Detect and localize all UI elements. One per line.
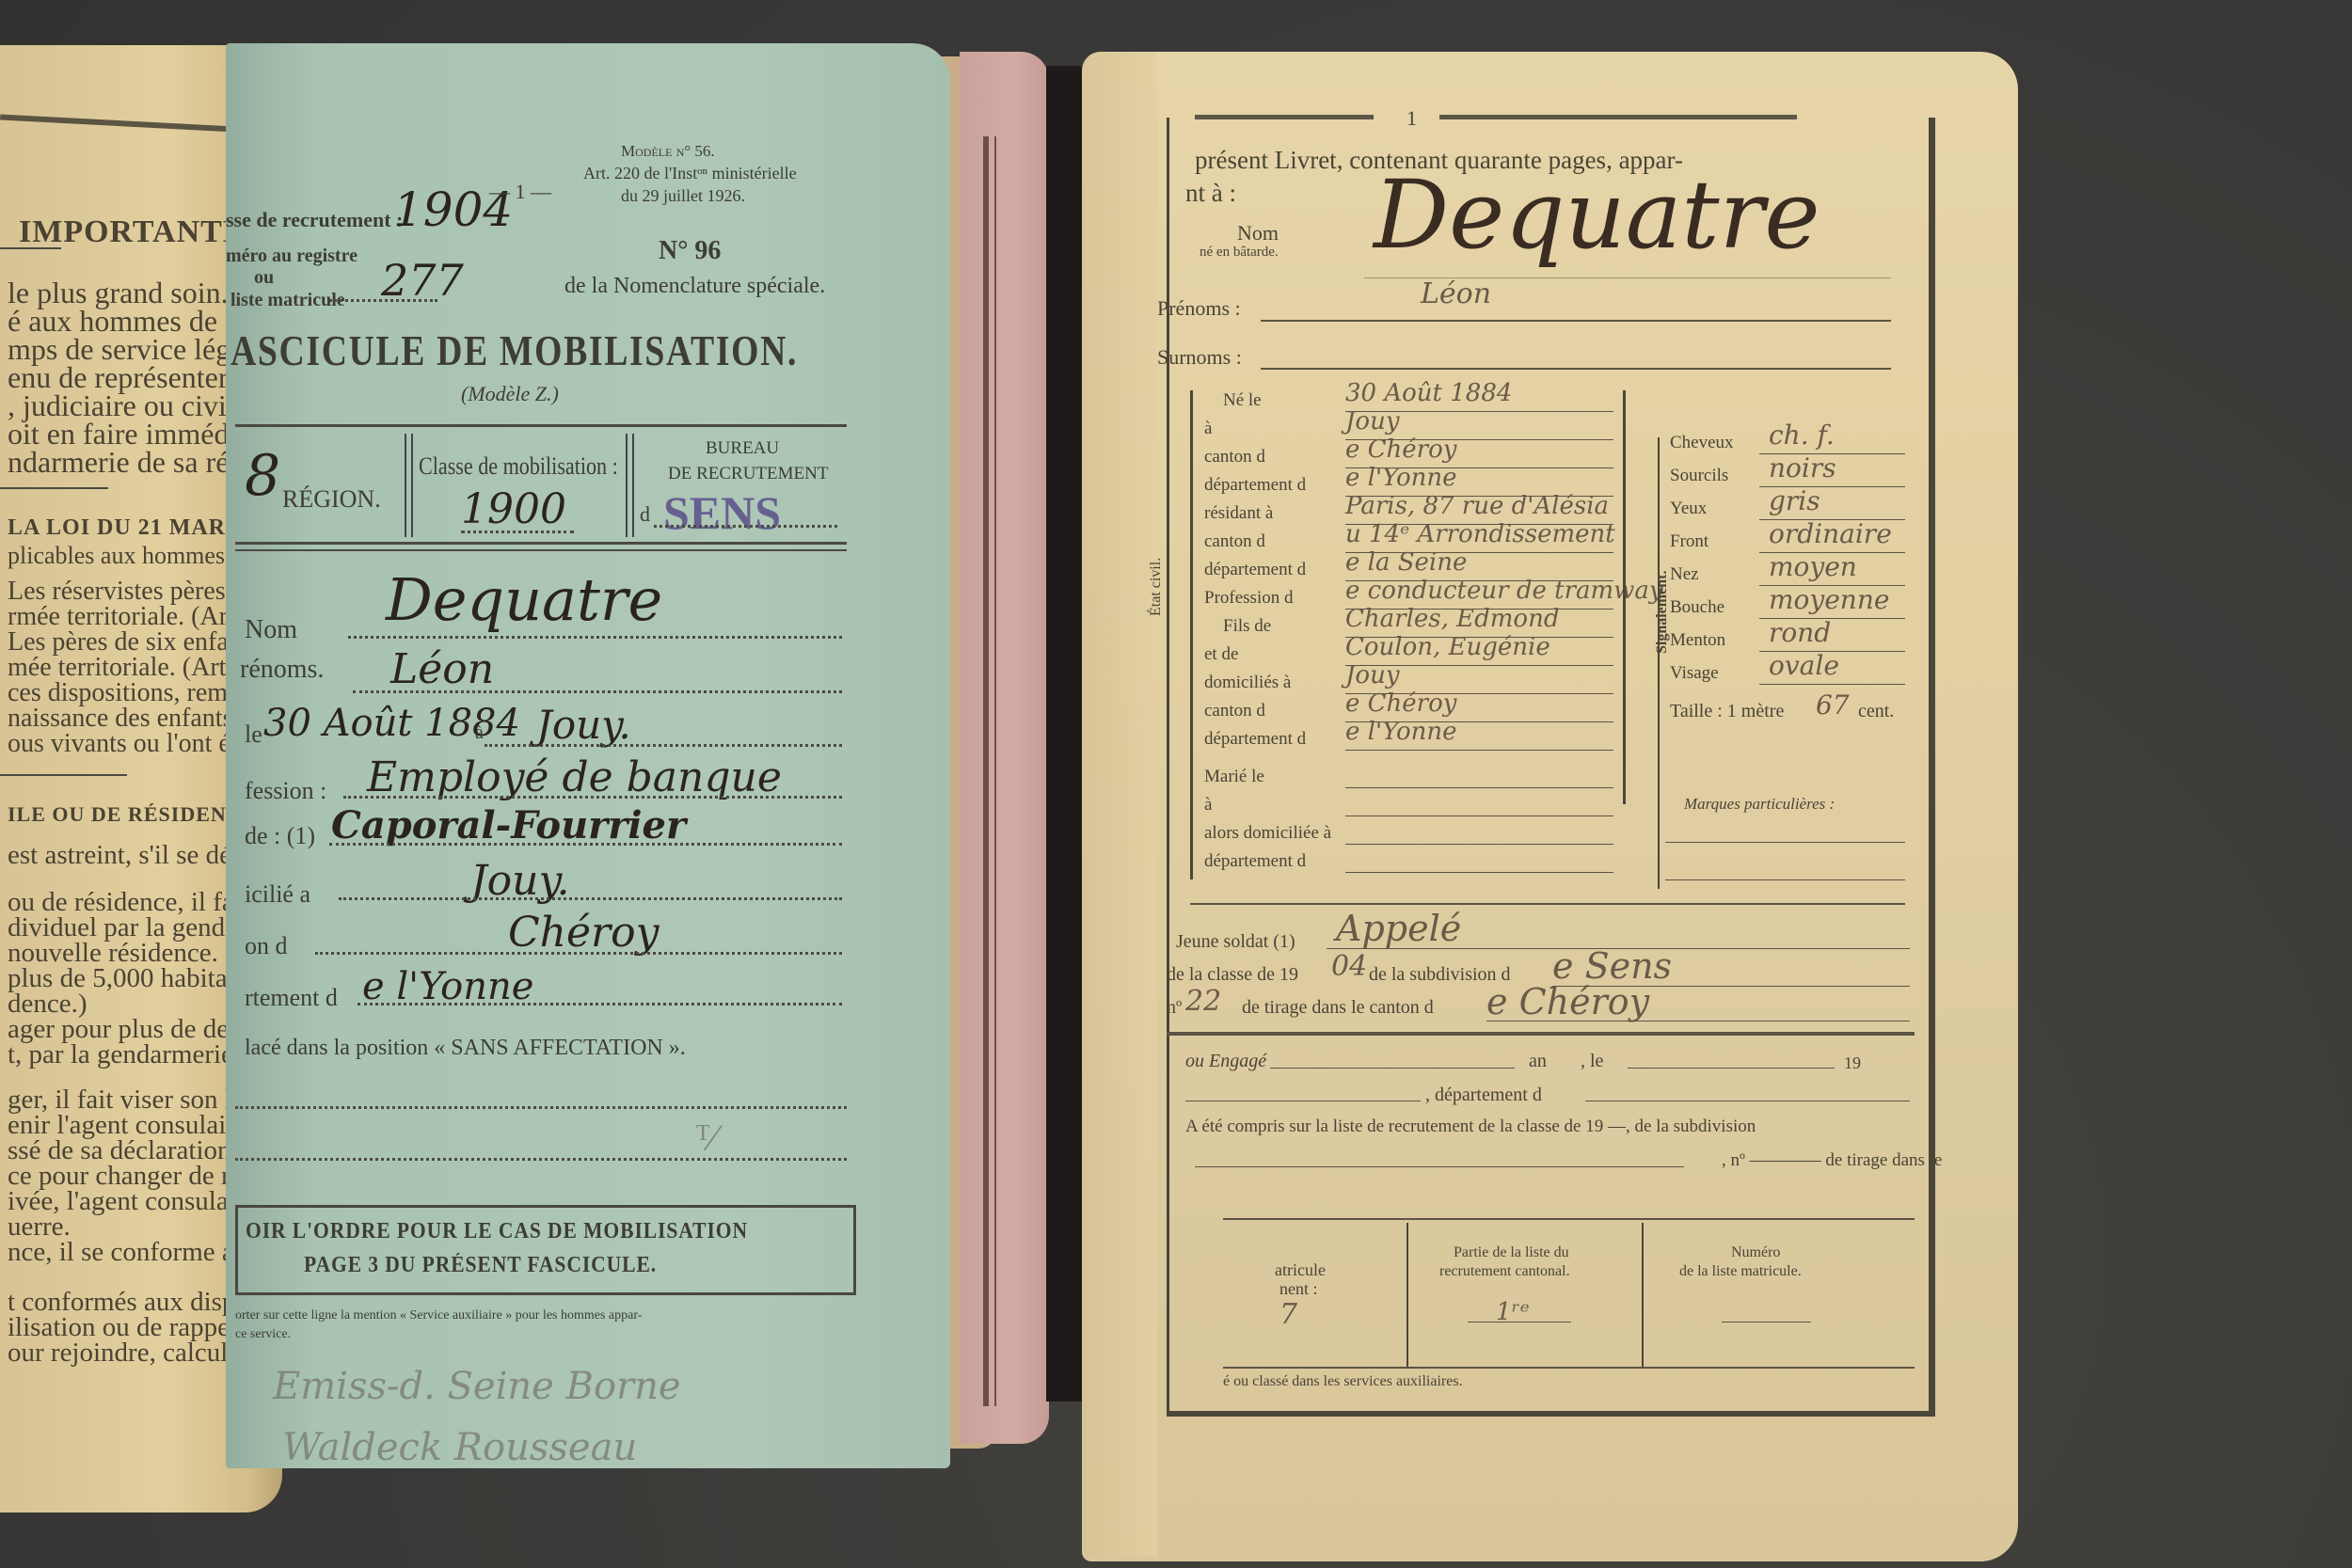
divider (0, 774, 127, 776)
tirage-label: nº (1167, 997, 1182, 1019)
blank-dotted-line (235, 1106, 847, 1109)
prenoms-dotted-line (353, 690, 842, 693)
marques-label: Marques particulières : (1684, 795, 1835, 814)
etat-civil-value: e l'Yonne (1345, 718, 1457, 746)
table-col-divider (1406, 1223, 1408, 1369)
engage-le-label: , le (1581, 1051, 1603, 1072)
signalement-value: ovale (1769, 650, 1839, 681)
blank-dotted-line (235, 1158, 847, 1161)
table-bottom-rule (1223, 1367, 1915, 1369)
etat-civil-label: à (1204, 795, 1212, 816)
signalement-value: ordinaire (1769, 518, 1892, 549)
canton-value: Chéroy (508, 909, 659, 957)
outer-border-right (1929, 118, 1935, 1416)
prenoms-value: Léon (1421, 277, 1491, 310)
etat-civil-label: département d (1204, 475, 1306, 496)
canton-label: on d (245, 932, 288, 960)
classe-value: 04 (1331, 950, 1367, 983)
divider (0, 247, 61, 249)
profession-label: fession : (245, 777, 326, 805)
compris-statement: A été compris sur la liste de recrutemen… (1185, 1117, 1756, 1137)
classe-mobilisation-label: Classe de mobilisation : (419, 452, 618, 481)
departement-dotted-line (358, 1003, 842, 1006)
footnote-line-1: orter sur cette ligne la mention « Servi… (235, 1308, 642, 1323)
ordre-box-line-2: PAGE 3 DU PRÉSENT FASCICULE. (304, 1253, 657, 1278)
naissance-dotted-line (485, 744, 842, 747)
signalement-value: noirs (1769, 452, 1836, 483)
ordre-box-line-1: OIR L'ORDRE POUR LE CAS DE MOBILISATION (246, 1219, 748, 1244)
etat-civil-value: e la Seine (1345, 548, 1467, 577)
table-col2-header: Partie de la liste du (1454, 1244, 1569, 1261)
registre-value: 277 (381, 255, 464, 306)
section-rule (1167, 1032, 1915, 1036)
signalement-label-item: Visage (1670, 663, 1719, 684)
etat-civil-value: Jouy (1345, 407, 1400, 436)
etat-civil-value: e l'Yonne (1345, 464, 1457, 492)
profession-dotted-line (343, 796, 842, 799)
auxiliaires-note: é ou classé dans les services auxiliaire… (1223, 1373, 1463, 1390)
signalement-label-item: Front (1670, 531, 1708, 552)
livret-intro-2: nt à : (1185, 179, 1236, 208)
tirage-canton-line (1486, 1021, 1910, 1022)
etat-civil-label: canton d (1204, 701, 1265, 721)
section-rule (1190, 903, 1905, 905)
etat-civil-value: e Chéroy (1345, 689, 1456, 718)
etat-civil-label: et de (1204, 644, 1238, 665)
law-line: ous vivants ou l'ont été (8, 729, 249, 759)
signalement-value: ch. f. (1769, 420, 1835, 451)
tirage-canton-value: e Chéroy (1486, 981, 1649, 1022)
classe-dotted-line (461, 531, 574, 533)
compris-statement-2: , nº ———— de tirage dans le (1722, 1150, 1942, 1171)
etat-civil-value: u 14ᵉ Arrondissement (1345, 520, 1615, 548)
tirage-canton-label: de tirage dans le canton d (1242, 997, 1434, 1019)
etat-civil-label: État civil. (1148, 558, 1165, 616)
naissance-a-label: à (475, 722, 484, 744)
departement-label: rtement d (245, 984, 338, 1012)
divider (0, 114, 235, 132)
pencil-mark: ᵀ⁄ (696, 1116, 716, 1160)
domicile-label: icilié a (245, 880, 310, 909)
signalement-value: gris (1769, 485, 1820, 516)
page-number: — 1 — (489, 180, 551, 204)
instruction-date: du 29 juillet 1926. (621, 186, 745, 206)
etat-civil-value: Charles, Edmond (1345, 605, 1559, 633)
etat-civil-value: e conducteur de tramway (1345, 577, 1663, 605)
signalement-label-item: Cheveux (1670, 433, 1734, 453)
compris-line (1195, 1166, 1684, 1167)
grade-label: de : (1) (245, 822, 315, 850)
table-col1-header: atricule (1275, 1260, 1326, 1280)
signalement-label-item: Menton (1670, 630, 1725, 651)
residence-line: nce, il se conforme aux (8, 1237, 262, 1268)
table-col1-value: 7 (1279, 1298, 1297, 1331)
prenoms-value: Léon (390, 645, 494, 693)
table-col3-header-2: de la liste matricule. (1679, 1263, 1802, 1280)
prenoms-line (1261, 320, 1891, 322)
canton-dotted-line (315, 952, 842, 955)
etat-civil-label: Fils de (1223, 616, 1271, 637)
signalement-label-item: Yeux (1670, 499, 1707, 519)
etat-civil-label: à (1204, 419, 1212, 439)
jeune-soldat-label: Jeune soldat (1) (1176, 931, 1295, 953)
etat-civil-line (1345, 872, 1613, 873)
signalement-bracket (1658, 437, 1660, 889)
taille-unit: cent. (1858, 701, 1894, 722)
engage-departement-label: , département d (1425, 1085, 1542, 1106)
etat-civil-line (1345, 816, 1613, 816)
fascicule-de-mobilisation-page: sse de recrutement : 1904 — 1 — Modèle n… (226, 43, 950, 1468)
row-rule (235, 549, 847, 551)
column-divider (626, 434, 634, 537)
naissance-lieu: Jouy. (536, 702, 631, 748)
etat-civil-value: Paris, 87 rue d'Alésia (1345, 492, 1609, 520)
grade-dotted-line (329, 843, 842, 846)
nom-label: Nom (245, 615, 297, 645)
prenoms-label: rénoms. (240, 655, 324, 685)
bureau-label: BUREAU (706, 438, 779, 459)
etat-civil-line (1345, 844, 1613, 845)
bureau-recrutement-label: DE RECRUTEMENT (668, 464, 828, 484)
engage-an-label: an (1529, 1051, 1547, 1072)
registre-label: méro au registre (226, 245, 358, 267)
etat-civil-label: domiciliés à (1204, 673, 1291, 693)
etat-civil-value: Jouy (1345, 661, 1400, 689)
tirage-value: 22 (1185, 985, 1221, 1018)
etat-civil-label: Profession d (1204, 588, 1293, 609)
page-number: 1 (1406, 106, 1417, 131)
engage-departement-line (1585, 1101, 1910, 1101)
marques-line (1665, 842, 1905, 843)
outer-border-bottom (1167, 1411, 1935, 1417)
signalement-value: moyenne (1769, 584, 1889, 615)
divider (0, 487, 108, 489)
pink-border-line (983, 136, 989, 1406)
classe-label: de la classe de 19 (1167, 964, 1298, 986)
etat-civil-value: 30 Août 1884 (1345, 379, 1512, 407)
nom-sublabel: né en bâtarde. (1200, 245, 1279, 261)
header-rule (235, 424, 847, 427)
modele-reference: Modèle n° 56. (621, 142, 715, 161)
engage-date-line (1628, 1068, 1835, 1069)
etat-civil-label: résidant à (1204, 503, 1273, 524)
nom-dotted-line (348, 636, 842, 639)
signalement-divider (1623, 390, 1626, 804)
top-rule-left (1195, 115, 1374, 119)
pink-border-line (994, 136, 996, 1406)
taille-value: 67 (1816, 689, 1850, 721)
table-top-rule (1223, 1218, 1915, 1220)
grade-value: Caporal-Fourrier (331, 803, 686, 847)
engage-label: ou Engagé (1185, 1051, 1266, 1072)
region-number: 8 (245, 443, 280, 509)
engage-line (1270, 1068, 1515, 1069)
signalement-label-item: Sourcils (1670, 466, 1728, 486)
position-statement: lacé dans la position « SANS AFFECTATION… (245, 1036, 686, 1061)
table-col3-line (1722, 1322, 1811, 1323)
etat-civil-label: Né le (1223, 390, 1262, 411)
livret-individuel-page: 1 présent Livret, contenant quarante pag… (1082, 52, 2018, 1561)
etat-civil-label: département d (1204, 560, 1306, 580)
table-col2-header-2: recrutement cantonal. (1439, 1263, 1570, 1280)
etat-civil-value: Coulon, Eugénie (1345, 633, 1550, 661)
table-col3-header: Numéro (1731, 1244, 1780, 1261)
profession-value: Employé de banque (367, 753, 782, 801)
etat-civil-label: Marié le (1204, 767, 1264, 787)
signalement-label: Signalement. (1654, 571, 1671, 654)
etat-civil-label: canton d (1204, 447, 1265, 467)
registre-label-ou: ou (254, 267, 274, 289)
pencil-annotation-2: Waldeck Rousseau (282, 1426, 637, 1469)
etat-civil-bracket (1190, 390, 1193, 879)
nomenclature-number: N° 96 (659, 236, 721, 266)
document-title: ASCICULE DE MOBILISATION. (230, 325, 798, 375)
etat-civil-label: département d (1204, 851, 1306, 872)
table-col1-header-2: nent : (1279, 1279, 1318, 1299)
marques-line (1665, 879, 1905, 880)
etat-civil-value: e Chéroy (1345, 436, 1456, 464)
signalement-label-item: Nez (1670, 564, 1699, 585)
registre-dotted-line (329, 299, 437, 302)
top-rule-right (1439, 115, 1797, 119)
jeune-soldat-value: Appelé (1336, 908, 1461, 949)
table-col2-line (1468, 1322, 1571, 1323)
bureau-prefix: d (640, 502, 650, 527)
footnote-line-2: ce service. (235, 1327, 291, 1342)
table-col-divider (1642, 1223, 1644, 1369)
etat-civil-label: département d (1204, 729, 1306, 750)
etat-civil-label: alors domiciliée à (1204, 823, 1331, 844)
surnoms-label: Surnoms : (1157, 345, 1242, 370)
sens-stamp: SENS (663, 485, 781, 540)
row-rule (235, 542, 847, 545)
document-subtitle: (Modèle Z.) (461, 382, 559, 406)
torn-inner-edge (1082, 52, 1157, 1557)
etat-civil-line (1345, 750, 1613, 751)
book-spine (1046, 66, 1084, 1402)
pink-page-edge (960, 52, 1049, 1444)
nomenclature-label: de la Nomenclature spéciale. (564, 274, 825, 299)
column-divider (405, 434, 413, 537)
surnoms-line (1261, 368, 1891, 370)
region-label: RÉGION. (282, 485, 381, 514)
signalement-value: rond (1769, 617, 1831, 648)
classe-recrutement-label: sse de recrutement : (226, 208, 403, 232)
liste-matricule-label: liste matricule (230, 290, 345, 311)
etat-civil-label: canton d (1204, 531, 1265, 552)
signalement-label-item: Bouche (1670, 597, 1724, 618)
pencil-annotation-1: Emiss-d. Seine Borne (273, 1365, 681, 1408)
domicile-dotted-line (339, 897, 842, 900)
bureau-dotted-line (654, 525, 837, 528)
engage-lieu-line (1185, 1101, 1421, 1101)
naissance-label: le (245, 721, 262, 749)
engage-year-prefix: 19 (1844, 1053, 1861, 1073)
ordre-mobilisation-box: OIR L'ORDRE POUR LE CAS DE MOBILISATION … (235, 1205, 856, 1295)
taille-label: Taille : 1 mètre (1670, 701, 1784, 722)
etat-civil-line (1345, 787, 1613, 788)
nom-value: Dequatre (1374, 160, 1820, 270)
prenoms-label: Prénoms : (1157, 296, 1241, 321)
nom-label: Nom (1237, 221, 1279, 245)
signalement-value: moyen (1769, 551, 1857, 582)
nom-value: Dequatre (386, 565, 662, 634)
signalement-line (1759, 684, 1905, 685)
classe-mobilisation-value: 1900 (461, 485, 566, 533)
instruction-reference: Art. 220 de l'Instᵒⁿ ministérielle (583, 164, 797, 183)
notice-heading: IMPORTANTE. (19, 214, 254, 250)
